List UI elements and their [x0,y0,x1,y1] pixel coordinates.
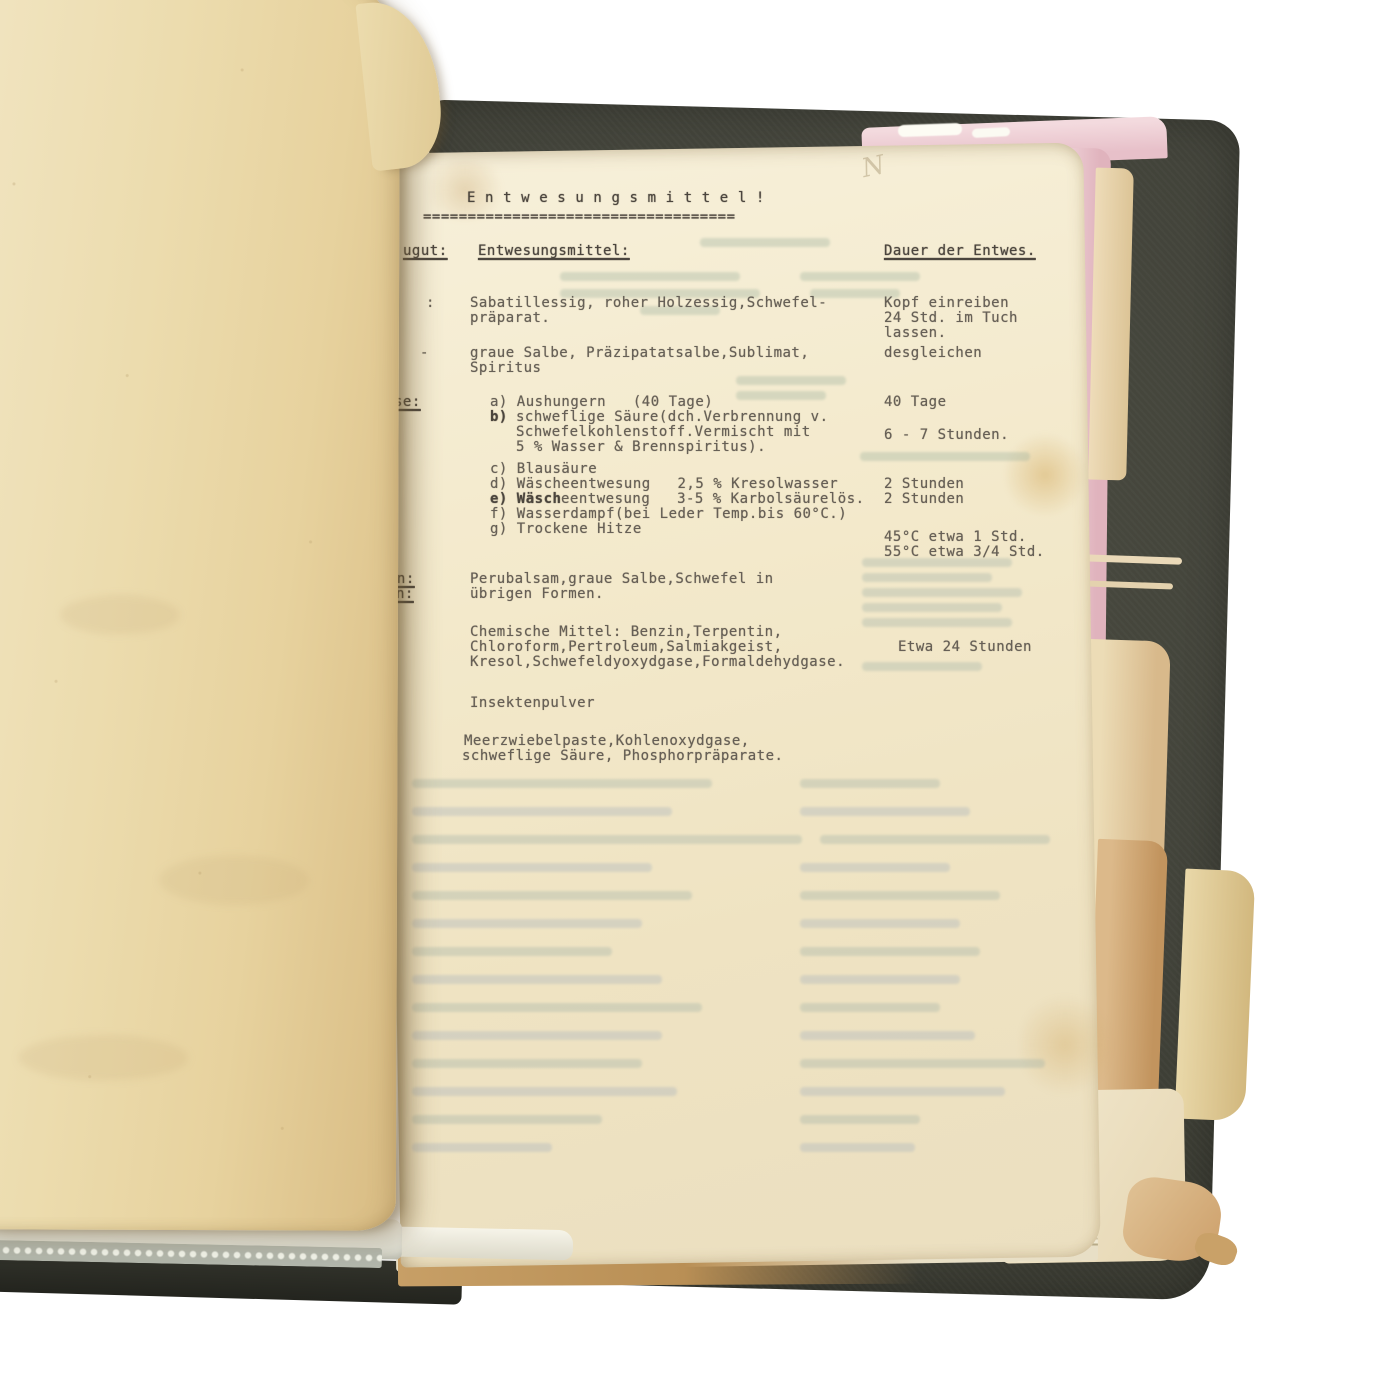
mittel-line: Spiritus [470,361,541,376]
dauer-line: 6 - 7 Stunden. [884,428,1009,443]
mittel-line: Chemische Mittel: Benzin,Terpentin, [470,625,783,640]
mittel-line: c) Blausäure [490,462,597,477]
paper-stain [1020,990,1110,1100]
paper-smudge [18,1034,188,1081]
bleedthrough-text-row [800,1003,940,1012]
mittel-line: Schwefelkohlenstoff.Vermischt mit [516,425,811,440]
mittel-line: Chloroform,Pertroleum,Salmiakgeist, [470,640,783,655]
dauer-line: 2 Stunden [884,492,964,507]
dauer-line: 24 Std. im Tuch [884,311,1018,326]
bleedthrough-text-row [736,391,826,400]
bleedthrough-text-row [862,662,982,671]
mittel-line: g) Trockene Hitze [490,522,642,537]
mittel-line: schweflige Säure, Phosphorpräparate. [462,749,783,764]
bleedthrough-text-row [862,618,1012,627]
col-header-mittel: Entwesungsmittel: [478,244,630,259]
dauer-line: desgleichen [884,346,982,361]
bleedthrough-text-row [800,975,960,984]
bleedthrough-text-row [412,947,612,956]
mittel-line: Sabatillessig, roher Holzessig,Schwefel- [470,296,827,311]
doc-title: E n t w e s u n g s m i t t e l ! [467,191,765,206]
mittel-line: Insektenpulver [470,696,595,711]
bleedthrough-text-row [800,807,970,816]
mittel-line: graue Salbe, Präzipatatsalbe,Sublimat, [470,346,809,361]
mittel-line: f) Wasserdampf(bei Leder Temp.bis 60°C.) [490,507,847,522]
curled-left-page [0,0,400,1231]
bleedthrough-text-row [800,1115,920,1124]
mittel-line: a) Aushungern (40 Tage) [490,395,713,410]
bleedthrough-text-row [800,1059,1045,1068]
mittel-line: d) Wäscheentwesung 2,5 % Kresolwasser [490,477,838,492]
bleedthrough-text-row [412,1143,552,1152]
mittel-line: übrigen Formen. [470,587,604,602]
bleedthrough-text-row [862,573,992,582]
bleedthrough-text-row [862,588,1022,597]
bleedthrough-text-row [800,1087,1005,1096]
bleedthrough-text-row [412,779,712,788]
mittel-line: Meerzwiebelpaste,Kohlenoxydgase, [464,734,750,749]
mittel-line: e) Wäsch [490,492,561,507]
dauer-line: 40 Tage [884,395,947,410]
bleedthrough-text-row [412,891,692,900]
row-label-fragment: - [420,346,429,361]
bleedthrough-text-row [800,272,920,281]
mittel-line: b) [490,410,508,425]
book-photo: E n t w e s u n g s m i t t e l !=======… [0,0,1400,1400]
bleedthrough-text-row [412,1059,642,1068]
paper-stain [1005,430,1085,520]
mittel-line: schweflige Säure(dch.Verbrennung v. [516,410,829,425]
paper-smudge [60,595,180,635]
dauer-line: 2 Stunden [884,477,964,492]
col-header-dauer: Dauer der Entwes. [884,244,1036,259]
dauer-line: lassen. [884,326,947,341]
bleedthrough-text-row [412,1115,602,1124]
bleedthrough-text-row [412,835,802,844]
bleedthrough-text-row [800,919,960,928]
mittel-line: eentwesung 3-5 % Karbolsäurelös. [561,492,865,507]
bleedthrough-text-row [800,947,980,956]
dauer-line: Kopf einreiben [884,296,1009,311]
mittel-line: 5 % Wasser & Brennspiritus). [516,440,766,455]
dauer-line: 45°C etwa 1 Std. [884,530,1027,545]
bleedthrough-text-row [560,272,740,281]
white-paint-chip [898,123,962,137]
protruding-sheet-tab [1175,869,1256,1122]
dauer-line: Etwa 24 Stunden [898,640,1032,655]
row-label-fragment: : [426,296,435,311]
bleedthrough-text-row [820,835,1050,844]
bleedthrough-text-row [700,238,830,247]
bleedthrough-text-row [412,919,642,928]
bleedthrough-text-row [412,1087,677,1096]
paper-smudge [159,855,309,906]
mittel-line: Kresol,Schwefeldyoxydgase,Formaldehydgas… [470,655,845,670]
dauer-line: 55°C etwa 3/4 Std. [884,545,1045,560]
mittel-line: präparat. [470,311,550,326]
bleedthrough-text-row [412,1031,662,1040]
bleedthrough-text-row [862,603,1002,612]
row-label-fragment: n: [396,587,414,602]
mittel-line: Perubalsam,graue Salbe,Schwefel in [470,572,774,587]
bleedthrough-text-row [860,452,1030,461]
bleedthrough-text-row [412,863,652,872]
bleedthrough-text-row [800,1143,915,1152]
bleedthrough-text-row [412,807,672,816]
cream-sheet-edge [1088,168,1134,481]
bleedthrough-text-row [800,1031,975,1040]
bleedthrough-text-row [800,779,940,788]
bleedthrough-text-row [412,1003,702,1012]
bleedthrough-text-row [800,891,1000,900]
bleedthrough-text-row [800,863,950,872]
title-rule: =================================== [423,210,736,225]
col-label-gut: ugut: [403,244,448,259]
bleedthrough-text-row [412,975,662,984]
bleedthrough-text-row [736,376,846,385]
